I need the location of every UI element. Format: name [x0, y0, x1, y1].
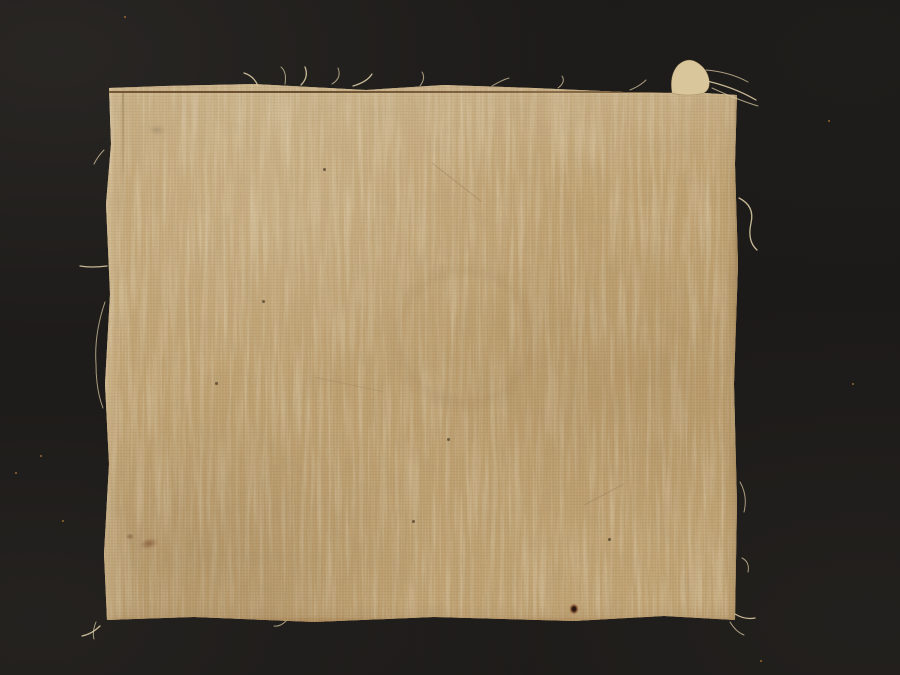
dust-speck [62, 520, 64, 522]
dust-speck [124, 16, 126, 18]
corner-crease [122, 93, 124, 223]
canvas-texture [104, 84, 738, 622]
seam-line [106, 91, 735, 93]
dust-speck [15, 472, 17, 474]
dust-speck [828, 120, 830, 122]
canvas-verso [104, 84, 738, 622]
dust-speck [852, 383, 854, 385]
dust-speck [760, 660, 762, 662]
photo-backdrop [0, 0, 900, 675]
frayed-corner-tuft [671, 60, 709, 95]
dust-speck [40, 455, 42, 457]
